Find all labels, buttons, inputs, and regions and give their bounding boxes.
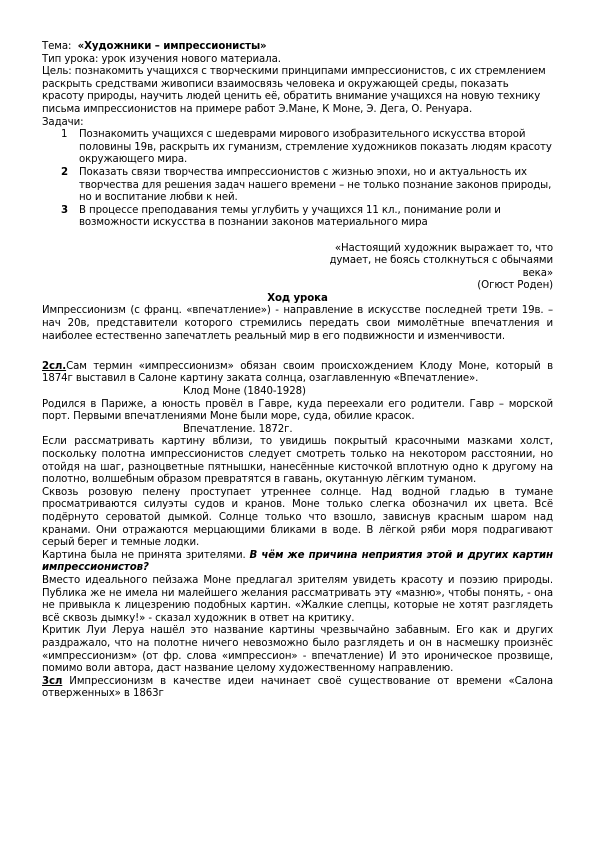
task-text: Познакомить учащихся с шедеврами мировог…	[79, 129, 552, 165]
lesson-heading: Ход урока	[42, 293, 553, 306]
epigraph-line-3: века»	[42, 268, 553, 281]
task-number: 1	[61, 129, 67, 142]
task-item: 2 Показать связи творчества импрессионис…	[42, 167, 553, 205]
task-text: Показать связи творчества импрессионисто…	[79, 167, 551, 203]
painting-heading: Впечатление. 1872г.	[42, 424, 553, 437]
instead-paragraph: Вместо идеального пейзажа Моне предлагал…	[42, 575, 553, 625]
sunrise-paragraph: Сквозь розовую пелену проступает утренне…	[42, 487, 553, 550]
spacer	[42, 343, 553, 356]
topic-value: «Художники – импрессионисты»	[78, 41, 267, 52]
slide-3-text: Импрессионизм в качестве идеи начинает с…	[42, 676, 553, 700]
slide-2-text: Сам термин «импрессионизм» обязан своим …	[42, 361, 553, 385]
rejection-paragraph: Картина была не принята зрителями. В чём…	[42, 550, 553, 575]
rejection-text: Картина была не принята зрителями.	[42, 550, 250, 561]
task-number: 3	[61, 205, 68, 218]
monet-heading: Клод Моне (1840-1928)	[42, 386, 553, 399]
tasks-label: Задачи:	[42, 117, 553, 130]
lesson-type-line: Тип урока: урок изучения нового материал…	[42, 54, 553, 67]
task-number: 2	[61, 167, 68, 180]
task-text: В процессе преподавания темы углубить у …	[79, 205, 501, 229]
slide-3-label: 3сл	[42, 676, 62, 687]
monet-bio: Родился в Париже, а юность провёл в Гавр…	[42, 399, 553, 424]
task-item: 3 В процессе преподавания темы углубить …	[42, 205, 553, 230]
slide-2-label: 2сл.	[42, 361, 66, 372]
lesson-goal: Цель: познакомить учащихся с творческими…	[42, 66, 553, 116]
task-item: 1 Познакомить учащихся с шедеврами миров…	[42, 129, 553, 167]
document-page: Тема: «Художники – импрессионисты» Тип у…	[42, 41, 553, 701]
topic-label: Тема:	[42, 41, 71, 52]
slide-2-paragraph: 2сл.Сам термин «импрессионизм» обязан св…	[42, 361, 553, 386]
closeup-paragraph: Если рассматривать картину вблизи, то ув…	[42, 436, 553, 486]
epigraph-line-2: думает, не боясь столкнуться с обычаями	[42, 255, 553, 268]
intro-paragraph: Импрессионизм (с франц. «впечатление») -…	[42, 305, 553, 343]
spacer	[42, 230, 553, 243]
epigraph-line-1: «Настоящий художник выражает то, что	[42, 243, 553, 256]
critic-paragraph: Критик Луи Леруа нашёл это название карт…	[42, 625, 553, 675]
epigraph: «Настоящий художник выражает то, что дум…	[42, 243, 553, 293]
topic-line: Тема: «Художники – импрессионисты»	[42, 41, 553, 54]
tasks-list: 1 Познакомить учащихся с шедеврами миров…	[42, 129, 553, 230]
slide-3-paragraph: 3сл Импрессионизм в качестве идеи начина…	[42, 676, 553, 701]
epigraph-author: (Огюст Роден)	[42, 280, 553, 293]
